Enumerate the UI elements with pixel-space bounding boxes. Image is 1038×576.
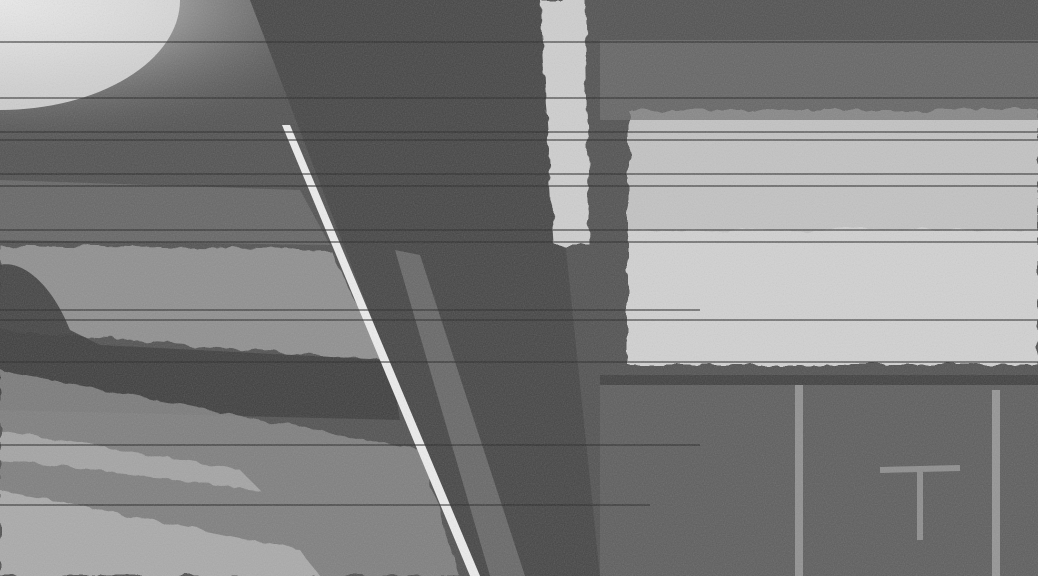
- abstract-print-image: [0, 0, 1038, 576]
- texture-artwork: [0, 0, 1038, 576]
